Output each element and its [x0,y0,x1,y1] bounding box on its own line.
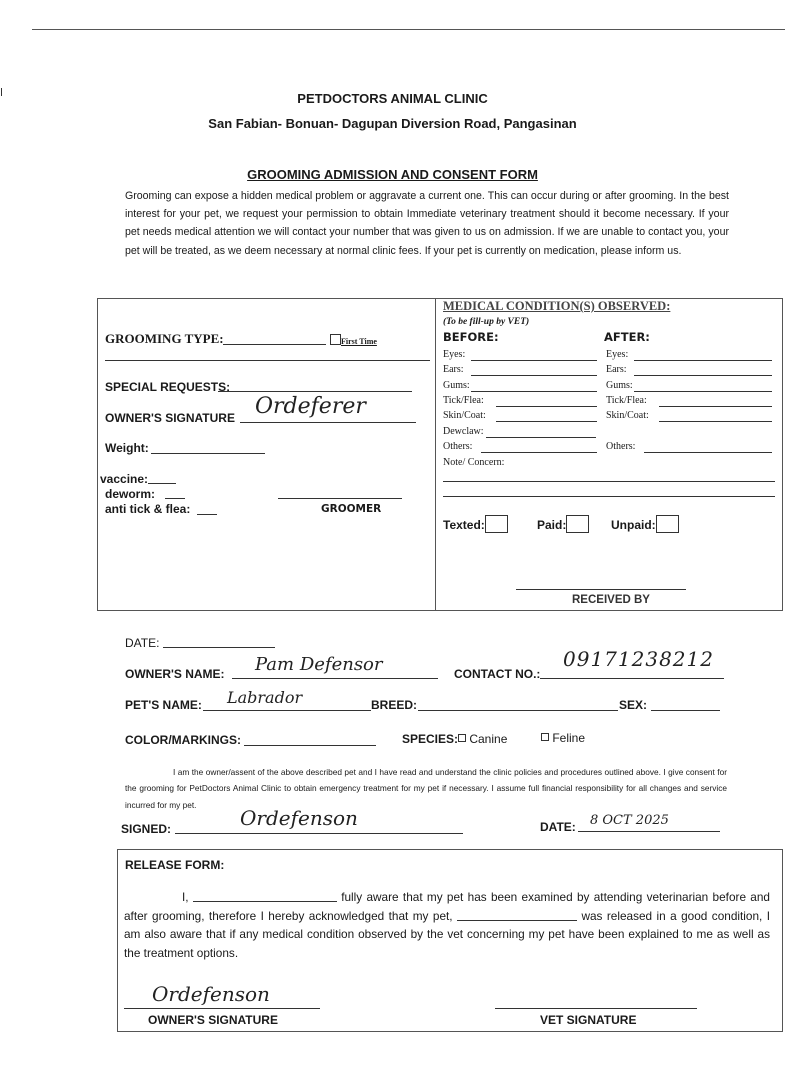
consent-date-value: 8 OCT 2025 [590,813,669,828]
before-field-input[interactable] [471,391,597,392]
after-field-label: Eyes: [606,349,628,360]
release-owner-signature-field[interactable] [124,1008,320,1009]
consent-date-label: DATE: [540,820,576,834]
box-divider [435,298,436,611]
owner-name-label: OWNER'S NAME: [125,667,225,681]
checkbox-icon [485,515,508,533]
before-label: BEFORE: [443,330,499,344]
note-line-2[interactable] [443,496,775,497]
medical-subtitle: (To be fill-up by VET) [443,317,529,327]
groomer-label: GROOMER [321,503,381,515]
grooming-type-label: GROOMING TYPE: [105,331,224,347]
deworm-field[interactable] [165,498,185,499]
after-field-label: Others: [606,441,635,452]
after-field-label: Gums: [606,380,633,391]
after-field-input[interactable] [634,360,772,361]
before-field-input[interactable] [496,406,597,407]
breed-label: BREED: [371,698,417,712]
vaccine-label: vaccine: [100,472,148,486]
after-field-input[interactable] [634,391,772,392]
intro-paragraph: Grooming can expose a hidden medical pro… [125,187,729,260]
clinic-address: San Fabian- Bonuan- Dagupan Diversion Ro… [0,116,785,131]
checkbox-icon [458,734,466,742]
note-line-1[interactable] [443,481,775,482]
weight-label: Weight: [105,441,149,455]
species-feline-option[interactable]: Feline [541,731,585,745]
unpaid-label: Unpaid: [611,518,656,532]
received-by-field[interactable] [516,589,686,590]
release-paragraph: I, fully aware that my pet has been exam… [124,888,770,962]
release-pet-name-field[interactable] [457,908,577,921]
signed-value: Ordefenson [240,806,358,830]
release-title: RELEASE FORM: [125,858,224,872]
release-owner-signature-label: OWNER'S SIGNATURE [148,1013,278,1027]
feline-label: Feline [552,731,585,745]
checkbox-icon [541,733,549,741]
anti-tick-flea-field[interactable] [197,514,217,515]
sex-field[interactable] [651,710,720,711]
consent-text: I am the owner/assent of the above descr… [125,764,727,813]
color-markings-label: COLOR/MARKINGS: [125,733,241,747]
release-text-1: I, [182,890,189,904]
owner-signature-field[interactable] [240,422,416,423]
before-field-label: Skin/Coat: [443,410,486,421]
before-field-input[interactable] [471,360,597,361]
medical-title: MEDICAL CONDITION(S) OBSERVED: [443,299,670,314]
signed-label: SIGNED: [121,822,171,836]
first-time-label: First Time [341,337,377,346]
paid-label: Paid: [537,518,566,532]
texted-label: Texted: [443,518,485,532]
weight-field[interactable] [151,453,265,454]
note-concern-label: Note/ Concern: [443,457,504,468]
paid-checkbox[interactable]: Paid: [537,515,589,533]
before-field-label: Tick/Flea: [443,395,484,406]
after-field-input[interactable] [634,375,772,376]
release-owner-signature-value: Ordefenson [152,982,270,1006]
color-markings-field[interactable] [244,745,376,746]
checkbox-icon [330,334,341,345]
after-field-label: Tick/Flea: [606,395,647,406]
before-field-label: Gums: [443,380,470,391]
texted-checkbox[interactable]: Texted: [443,515,508,533]
sex-label: SEX: [619,698,647,712]
checkbox-icon [566,515,589,533]
date-field[interactable] [163,647,275,648]
special-requests-label: SPECIAL REQUESTS: [105,380,230,394]
unpaid-checkbox[interactable]: Unpaid: [611,515,679,533]
contact-label: CONTACT NO.: [454,667,540,681]
vet-signature-field[interactable] [495,1008,697,1009]
grooming-type-field[interactable] [223,344,326,345]
before-field-input[interactable] [486,437,596,438]
groomer-signature-field[interactable] [278,498,402,499]
owner-signature-value: Ordeferer [255,394,366,419]
canine-label: Canine [469,732,507,746]
before-field-input[interactable] [471,375,597,376]
checkbox-icon [656,515,679,533]
after-field-label: Ears: [606,364,627,375]
pet-name-value: Labrador [227,688,302,707]
before-field-label: Ears: [443,364,464,375]
anti-tick-flea-label: anti tick & flea: [105,502,190,516]
contact-field[interactable] [540,678,724,679]
vaccine-field[interactable] [148,483,176,484]
page-edge-line [32,29,785,30]
owner-name-value: Pam Defensor [255,654,383,675]
breed-field[interactable] [418,710,618,711]
species-label: SPECIES: [402,732,458,746]
after-field-input[interactable] [659,406,772,407]
grooming-type-extra-line[interactable] [105,360,430,361]
after-field-input[interactable] [644,452,772,453]
signed-field[interactable] [175,833,463,834]
species-canine-option[interactable]: Canine [458,732,507,746]
date-label: DATE: [125,636,159,650]
pet-name-label: PET'S NAME: [125,698,202,712]
contact-value: 09171238212 [563,647,714,671]
deworm-label: deworm: [105,487,155,501]
first-time-checkbox[interactable]: First Time [330,334,377,346]
consent-date-field[interactable] [578,831,720,832]
received-by-label: RECEIVED BY [572,594,650,606]
form-title: GROOMING ADMISSION AND CONSENT FORM [0,167,785,182]
owner-name-field[interactable] [232,678,438,679]
after-field-input[interactable] [659,421,772,422]
after-field-label: Skin/Coat: [606,410,649,421]
after-label: AFTER: [604,330,650,344]
release-owner-name-field[interactable] [193,889,337,902]
before-field-input[interactable] [481,452,597,453]
before-field-label: Dewclaw: [443,426,484,437]
vet-signature-label: VET SIGNATURE [540,1013,636,1027]
before-field-input[interactable] [496,421,597,422]
owner-signature-label: OWNER'S SIGNATURE [105,411,235,425]
clinic-name: PETDOCTORS ANIMAL CLINIC [0,91,785,106]
before-field-label: Others: [443,441,472,452]
pet-name-field[interactable] [203,710,371,711]
before-field-label: Eyes: [443,349,465,360]
special-requests-field[interactable] [218,391,412,392]
